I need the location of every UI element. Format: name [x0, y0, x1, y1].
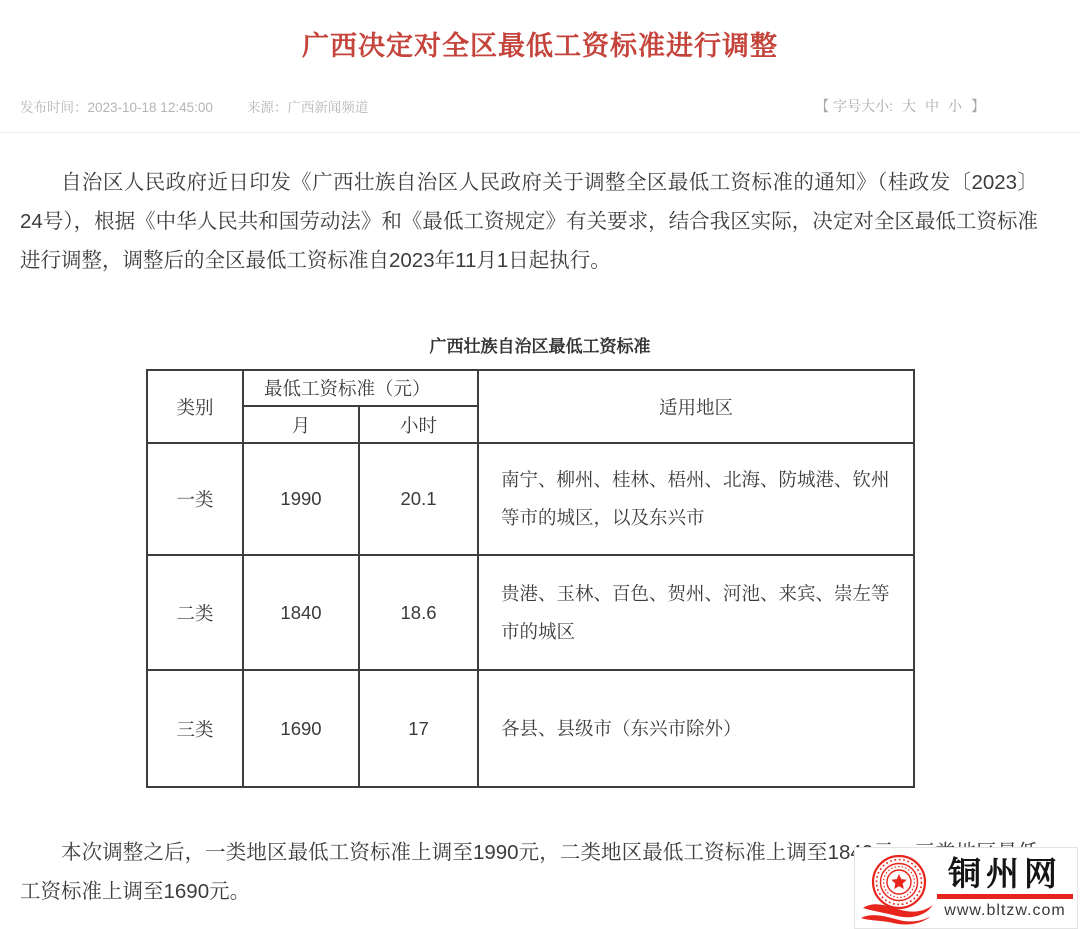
- cell-region: 各县、县级市（东兴市除外）: [478, 670, 914, 787]
- font-size-suffix: 】: [971, 96, 985, 116]
- header-hourly: 小时: [359, 406, 478, 443]
- meta-divider: [0, 132, 1080, 133]
- logo-text-column: 铜州网 www.bltzw.com: [937, 856, 1073, 920]
- logo-red-bar: [937, 894, 1073, 899]
- article-meta-left: 发布时间：2023-10-18 12:45:00 来源：广西新闻频道: [20, 96, 368, 116]
- minimum-wage-table: 类别 最低工资标准（元） 适用地区 月 小时 一类 1990 20.1 南宁、柳…: [146, 369, 915, 788]
- article-paragraph-1: 自治区人民政府近日印发《广西壮族自治区人民政府关于调整全区最低工资标准的通知》（…: [20, 163, 1038, 280]
- header-category: 类别: [147, 370, 243, 443]
- table-row: 二类 1840 18.6 贵港、玉林、百色、贺州、河池、来宾、崇左等市的城区: [147, 555, 914, 670]
- font-size-large-button[interactable]: 大: [902, 96, 916, 116]
- cell-category: 二类: [147, 555, 243, 670]
- header-region: 适用地区: [478, 370, 914, 443]
- site-watermark-logo: 铜州网 www.bltzw.com: [854, 847, 1078, 929]
- cell-monthly: 1840: [243, 555, 359, 670]
- header-monthly: 月: [243, 406, 359, 443]
- table-header-row-1: 类别 最低工资标准（元） 适用地区: [147, 370, 914, 406]
- cell-monthly: 1990: [243, 443, 359, 555]
- cell-hourly: 20.1: [359, 443, 478, 555]
- article-meta-bar: 发布时间：2023-10-18 12:45:00 来源：广西新闻频道 【 字号大…: [0, 96, 1080, 116]
- cell-hourly: 18.6: [359, 555, 478, 670]
- header-standard-group: 最低工资标准（元）: [243, 370, 478, 406]
- table-row: 三类 1690 17 各县、县级市（东兴市除外）: [147, 670, 914, 787]
- publish-time: 发布时间：2023-10-18 12:45:00: [20, 96, 213, 116]
- table-caption: 广西壮族自治区最低工资标准: [0, 332, 1080, 357]
- cell-category: 三类: [147, 670, 243, 787]
- article-page: 广西决定对全区最低工资标准进行调整 发布时间：2023-10-18 12:45:…: [0, 0, 1080, 929]
- font-size-label: 【 字号大小:: [815, 96, 893, 116]
- seal-emblem-icon: [859, 851, 937, 925]
- site-url: www.bltzw.com: [944, 902, 1065, 920]
- font-size-medium-button[interactable]: 中: [925, 96, 939, 116]
- cell-category: 一类: [147, 443, 243, 555]
- table-row: 一类 1990 20.1 南宁、柳州、桂林、梧州、北海、防城港、钦州等市的城区，…: [147, 443, 914, 555]
- font-size-widget: 【 字号大小: 大 中 小 】: [815, 96, 985, 116]
- site-name: 铜州网: [948, 856, 1062, 892]
- cell-region: 贵港、玉林、百色、贺州、河池、来宾、崇左等市的城区: [478, 555, 914, 670]
- font-size-small-button[interactable]: 小: [948, 96, 962, 116]
- article-source: 来源：广西新闻频道: [247, 96, 369, 116]
- cell-region: 南宁、柳州、桂林、梧州、北海、防城港、钦州等市的城区，以及东兴市: [478, 443, 914, 555]
- cell-monthly: 1690: [243, 670, 359, 787]
- page-title: 广西决定对全区最低工资标准进行调整: [0, 0, 1080, 63]
- cell-hourly: 17: [359, 670, 478, 787]
